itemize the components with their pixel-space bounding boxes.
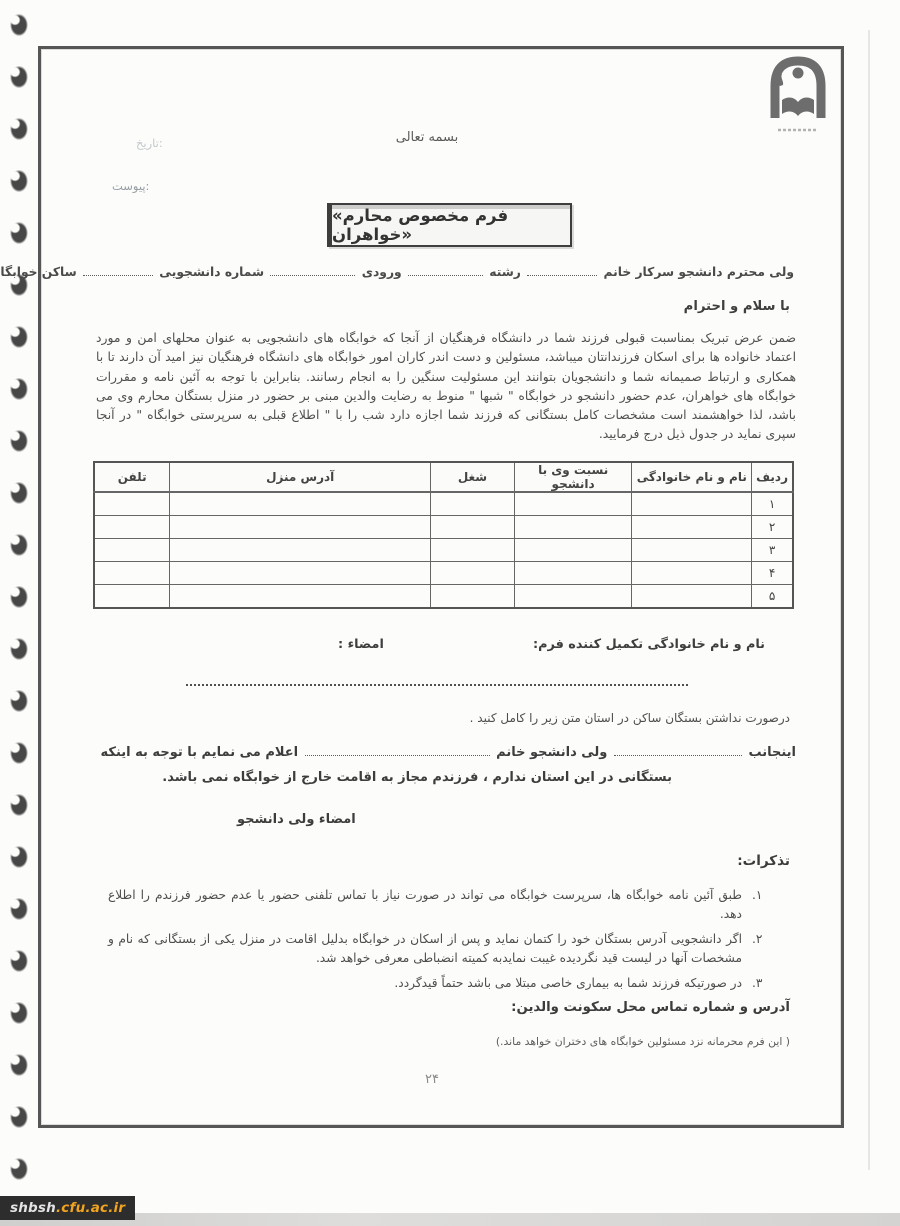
guardian-of-student-label: ولی دانشجو خانم xyxy=(496,745,607,760)
entry-year-label: ورودی xyxy=(362,265,402,279)
i-undersigned-label: اینجانب xyxy=(748,745,796,760)
note-item: ۱. طبق آئین نامه خوابگاه ها، سرپرست خواب… xyxy=(108,886,772,923)
form-title-text: «فرم مخصوص محارم خواهران» xyxy=(332,206,570,244)
table-cell-empty xyxy=(514,585,632,609)
table-row: ۳ xyxy=(94,539,793,562)
col-header-relation: نسبت وی با دانشجو xyxy=(514,462,632,492)
student-id-fill-line xyxy=(83,266,153,276)
confidential-note: ( این فرم محرمانه نزد مسئولین خوابگاه ها… xyxy=(496,1035,790,1048)
note-number: ۲. xyxy=(752,930,772,967)
table-cell-empty xyxy=(94,492,170,516)
form-title: «فرم مخصوص محارم خواهران» xyxy=(327,203,572,247)
table-cell-empty xyxy=(431,562,515,585)
major-label: رشته xyxy=(489,265,521,279)
note-item: ۲. اگر دانشجویی آدرس بستگان خود را کتمان… xyxy=(108,930,772,967)
scanned-document-page: بسمه تعالی تاریخ: پیوست: «فرم مخصوص محار… xyxy=(0,0,900,1226)
table-cell-empty xyxy=(632,585,752,609)
table-cell-empty xyxy=(170,516,431,539)
page-number: ۲۴ xyxy=(412,1072,452,1087)
note-text: اگر دانشجویی آدرس بستگان خود را کتمان نم… xyxy=(108,930,742,967)
col-header-full-name: نام و نام خانوادگی xyxy=(632,462,752,492)
row-number-cell: ۵ xyxy=(752,585,793,609)
form-completer-name-label: نام و نام خانوادگی تکمیل کننده فرم: xyxy=(533,637,765,652)
guardian-signature-label: امضاء ولی دانشجو xyxy=(237,812,356,827)
watermark-prefix-text: shbsh xyxy=(10,1200,56,1216)
table-row: ۱ xyxy=(94,492,793,516)
guardian-label: ولی محترم دانشجو سرکار خانم xyxy=(603,265,794,279)
parents-address-heading: آدرس و شماره تماس محل سکونت والدین: xyxy=(511,1000,790,1015)
student-name-fill-line xyxy=(527,266,597,276)
spiral-binding xyxy=(4,0,34,1226)
col-header-row-number: ردیف xyxy=(752,462,793,492)
col-header-home-address: آدرس منزل xyxy=(170,462,431,492)
table-cell-empty xyxy=(94,562,170,585)
table-cell-empty xyxy=(632,539,752,562)
note-text: طبق آئین نامه خوابگاه ها، سرپرست خوابگاه… xyxy=(108,886,742,923)
table-cell-empty xyxy=(94,585,170,609)
row-number-cell: ۳ xyxy=(752,539,793,562)
table-header-row: ردیف نام و نام خانوادگی نسبت وی با دانشج… xyxy=(94,462,793,492)
declaration-line-2: بستگانی در این استان ندارم ، فرزندم مجاز… xyxy=(162,770,672,785)
table-cell-empty xyxy=(431,492,515,516)
farhangian-university-logo-icon xyxy=(762,56,834,140)
intro-paragraph: ضمن عرض تبریک بمناسبت قبولی فرزند شما در… xyxy=(96,329,796,445)
note-number: ۱. xyxy=(752,886,772,923)
dotted-separator-line xyxy=(186,684,688,686)
table-cell-empty xyxy=(170,562,431,585)
student-info-line: ولی محترم دانشجو سرکار خانم رشته ورودی ش… xyxy=(98,265,794,279)
table-cell-empty xyxy=(94,539,170,562)
bismillah-text: بسمه تعالی xyxy=(352,130,502,145)
table-cell-empty xyxy=(431,585,515,609)
notes-list: ۱. طبق آئین نامه خوابگاه ها، سرپرست خواب… xyxy=(108,886,772,1000)
attachment-label: پیوست: xyxy=(112,179,149,193)
table-cell-empty xyxy=(632,516,752,539)
no-relatives-instruction: درصورت نداشتن بستگان ساکن در استان متن ز… xyxy=(470,711,790,725)
student-id-label: شماره دانشجویی xyxy=(159,265,264,279)
table-cell-empty xyxy=(514,516,632,539)
date-label: تاریخ: xyxy=(136,136,163,150)
signature-label: امضاء : xyxy=(338,637,384,652)
note-text: در صورتیکه فرزند شما به بیماری خاصی مبتل… xyxy=(108,974,742,993)
student-name-fill-line-2 xyxy=(305,746,490,756)
row-number-cell: ۱ xyxy=(752,492,793,516)
table-cell-empty xyxy=(431,516,515,539)
table-row: ۵ xyxy=(94,585,793,609)
declaration-line: اینجانب ولی دانشجو خانم اعلام می نمایم ب… xyxy=(101,745,796,760)
table-cell-empty xyxy=(170,492,431,516)
note-item: ۳. در صورتیکه فرزند شما به بیماری خاصی م… xyxy=(108,974,772,993)
table-row: ۲ xyxy=(94,516,793,539)
col-header-phone: تلفن xyxy=(94,462,170,492)
table-cell-empty xyxy=(431,539,515,562)
relatives-table: ردیف نام و نام خانوادگی نسبت وی با دانشج… xyxy=(93,461,794,609)
row-number-cell: ۴ xyxy=(752,562,793,585)
row-number-cell: ۲ xyxy=(752,516,793,539)
major-fill-line xyxy=(408,266,483,276)
table-cell-empty xyxy=(632,562,752,585)
table-cell-empty xyxy=(170,539,431,562)
watermark-suffix-text: .cfu.ac.ir xyxy=(56,1200,125,1216)
table-row: ۴ xyxy=(94,562,793,585)
table-cell-empty xyxy=(632,492,752,516)
note-number: ۳. xyxy=(752,974,772,993)
table-cell-empty xyxy=(94,516,170,539)
salutation-heading: با سلام و احترام xyxy=(684,299,790,314)
site-watermark: shbsh.cfu.ac.ir xyxy=(0,1196,135,1220)
entry-year-fill-line xyxy=(270,266,355,276)
table-cell-empty xyxy=(514,492,632,516)
declare-text: اعلام می نمایم با توجه به اینکه xyxy=(101,745,299,760)
table-cell-empty xyxy=(170,585,431,609)
table-cell-empty xyxy=(514,562,632,585)
col-header-occupation: شغل xyxy=(431,462,515,492)
dorm-resident-label: ساکن خوابگاه xyxy=(0,265,77,279)
guardian-name-fill-line xyxy=(614,746,742,756)
table-cell-empty xyxy=(514,539,632,562)
scan-page-edge xyxy=(868,30,870,1170)
notes-heading: تذکرات: xyxy=(737,853,790,869)
